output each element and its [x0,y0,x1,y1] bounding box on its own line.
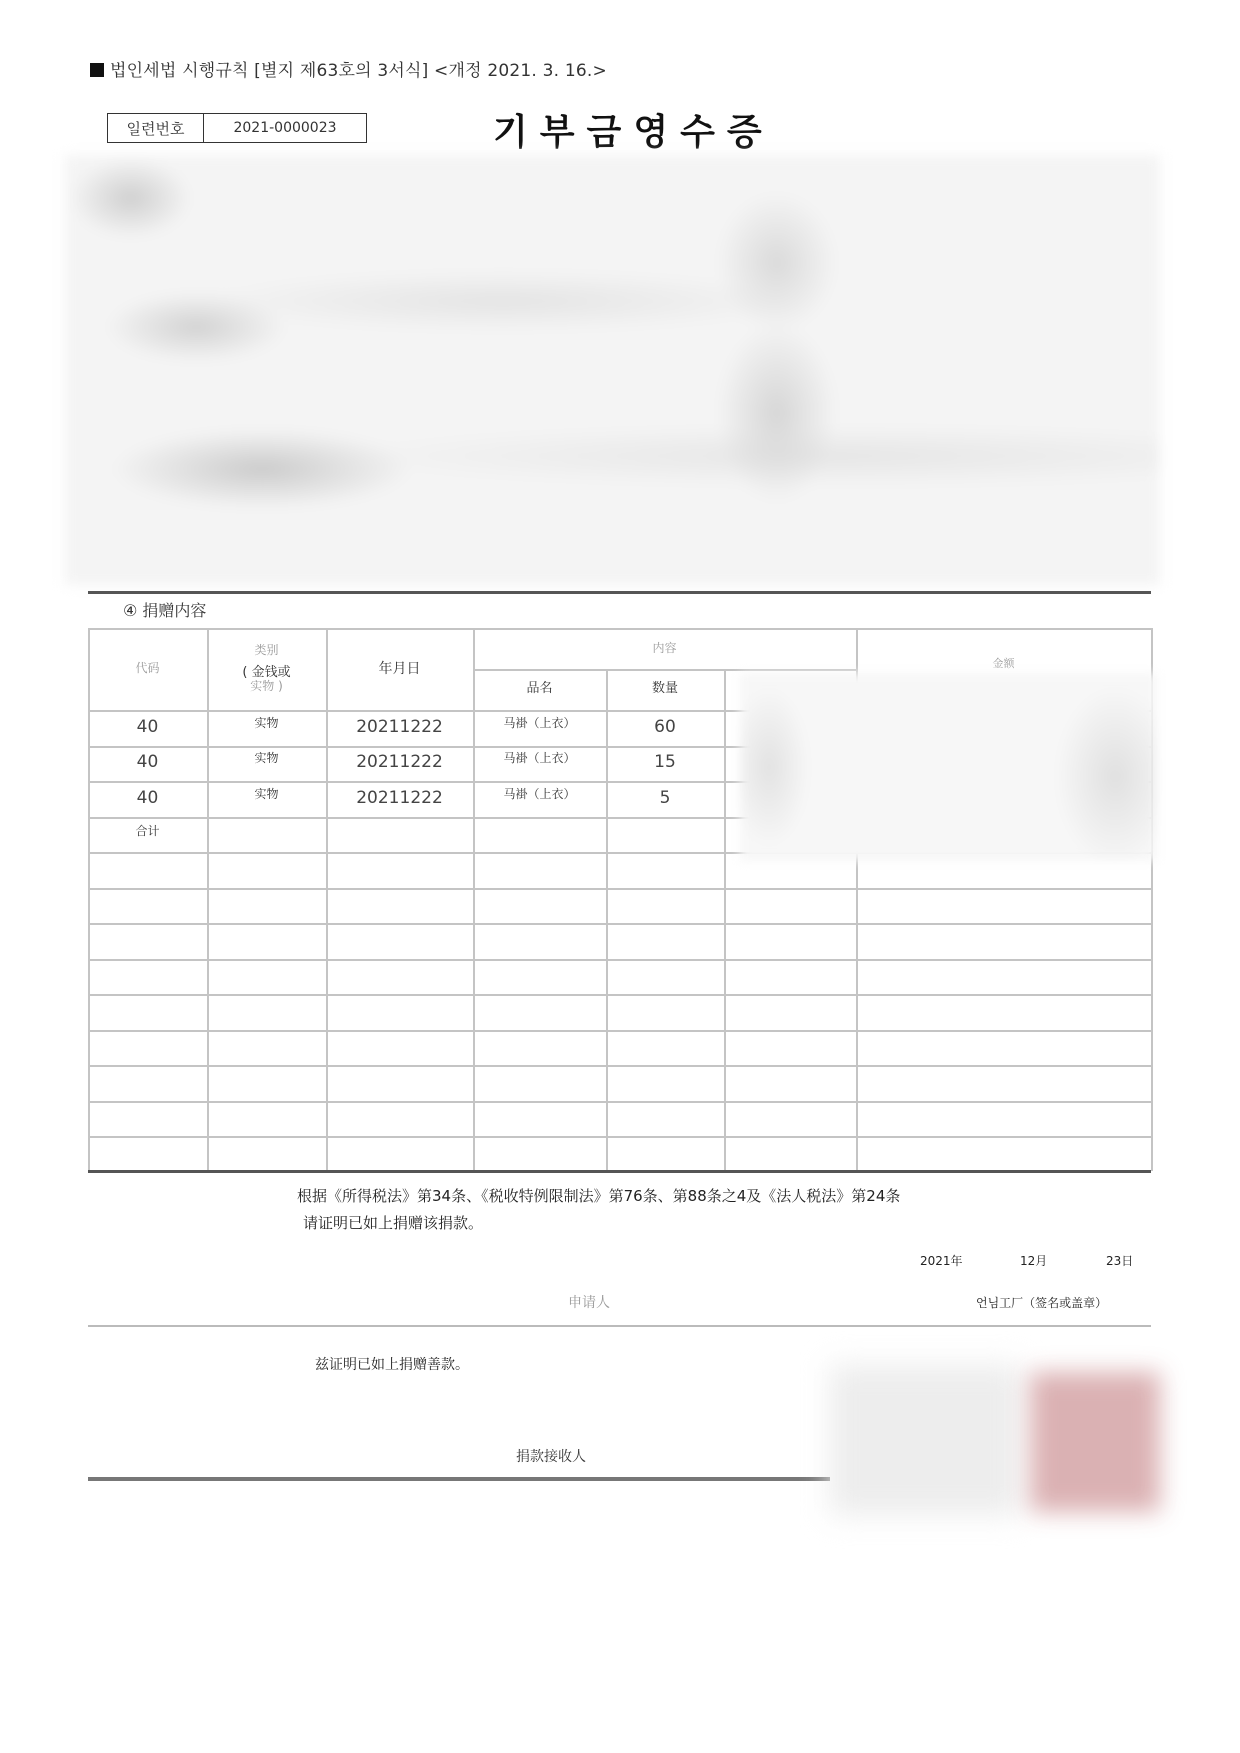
applicant-name: 언님工厂（签名或盖章） [976,1294,1107,1311]
cell-category: 实物 [207,742,326,778]
cell-item-name: 马褂（上衣） [473,742,606,778]
cell-quantity: 60 [606,710,724,746]
cell-date: 20211222 [326,746,473,782]
column-header-quantity: 数量 [606,669,724,710]
column-header-category-line: 类别 [242,644,290,658]
legal-basis-text: 根据《所得税法》第34条、《税收特例限制法》第76条、第88条之4及《法人税法》… [297,1183,900,1237]
bottom-rule [88,1477,830,1481]
cell-quantity: 5 [606,781,724,817]
column-header-category-line: 实物 ) [242,680,290,694]
serial-number-value: 2021-0000023 [204,114,366,142]
serial-number-box: 일련번호 2021-0000023 [107,113,367,143]
cell-code: 40 [88,746,207,782]
column-header-content: 内容 [473,628,856,669]
form-reference: 법인세법 시행규칙 [별지 제63호의 3서식] <개정 2021. 3. 16… [90,56,607,81]
row-line [88,1030,1153,1032]
square-bullet-icon [90,63,104,77]
date-year: 2021年 [920,1252,963,1269]
table-bottom-rule [88,1170,1151,1173]
row-line [88,994,1153,996]
column-header-date: 年月日 [326,628,473,710]
redacted-recipient-signature [830,1365,1020,1515]
column-header-item-name: 品名 [473,669,606,710]
row-line [88,1136,1153,1138]
cell-code: 40 [88,781,207,817]
request-line: 请证明已如上捐赠该捐款。 [297,1210,900,1237]
official-seal-stamp [1030,1372,1160,1512]
cell-date: 20211222 [326,781,473,817]
date-day: 23日 [1106,1252,1133,1269]
row-line [88,1101,1153,1103]
date-month: 12月 [1020,1252,1047,1269]
row-line [88,923,1153,925]
cell-quantity: 15 [606,746,724,782]
applicant-label: 申请人 [568,1292,610,1312]
row-line [88,888,1153,890]
form-reference-text: 법인세법 시행규칙 [별지 제63호의 3서식] <개정 2021. 3. 16… [110,61,607,81]
redacted-donor-info [65,155,1160,585]
row-line [88,959,1153,961]
document-title: 기부금영수증 [493,104,774,155]
cell-category: 实物 [207,706,326,742]
section-divider [88,591,1151,594]
redacted-amount-area [740,673,1157,861]
column-header-code: 代码 [88,628,207,710]
cell-item-name: 马褂（上衣） [473,777,606,813]
cell-item-name: 马褂（上衣） [473,706,606,742]
cell-code: 40 [88,710,207,746]
legal-basis-line: 根据《所得税法》第34条、《税收特例限制法》第76条、第88条之4及《法人税法》… [297,1183,900,1210]
total-row-label: 合计 [88,815,207,851]
column-header-category: 类别( 金钱或实物 ) [207,628,326,710]
column-header-category-stack: 类别( 金钱或实物 ) [242,644,290,695]
row-line [88,1065,1153,1067]
section-label-donation-content: ④ 捐赠内容 [123,598,206,621]
recipient-label: 捐款接收人 [516,1446,586,1466]
serial-number-label: 일련번호 [108,114,204,142]
certification-text: 兹证明已如上捐赠善款。 [315,1354,469,1374]
cell-date: 20211222 [326,710,473,746]
col-divider [724,669,726,1171]
cell-category: 实物 [207,777,326,813]
applicant-divider [88,1325,1151,1327]
